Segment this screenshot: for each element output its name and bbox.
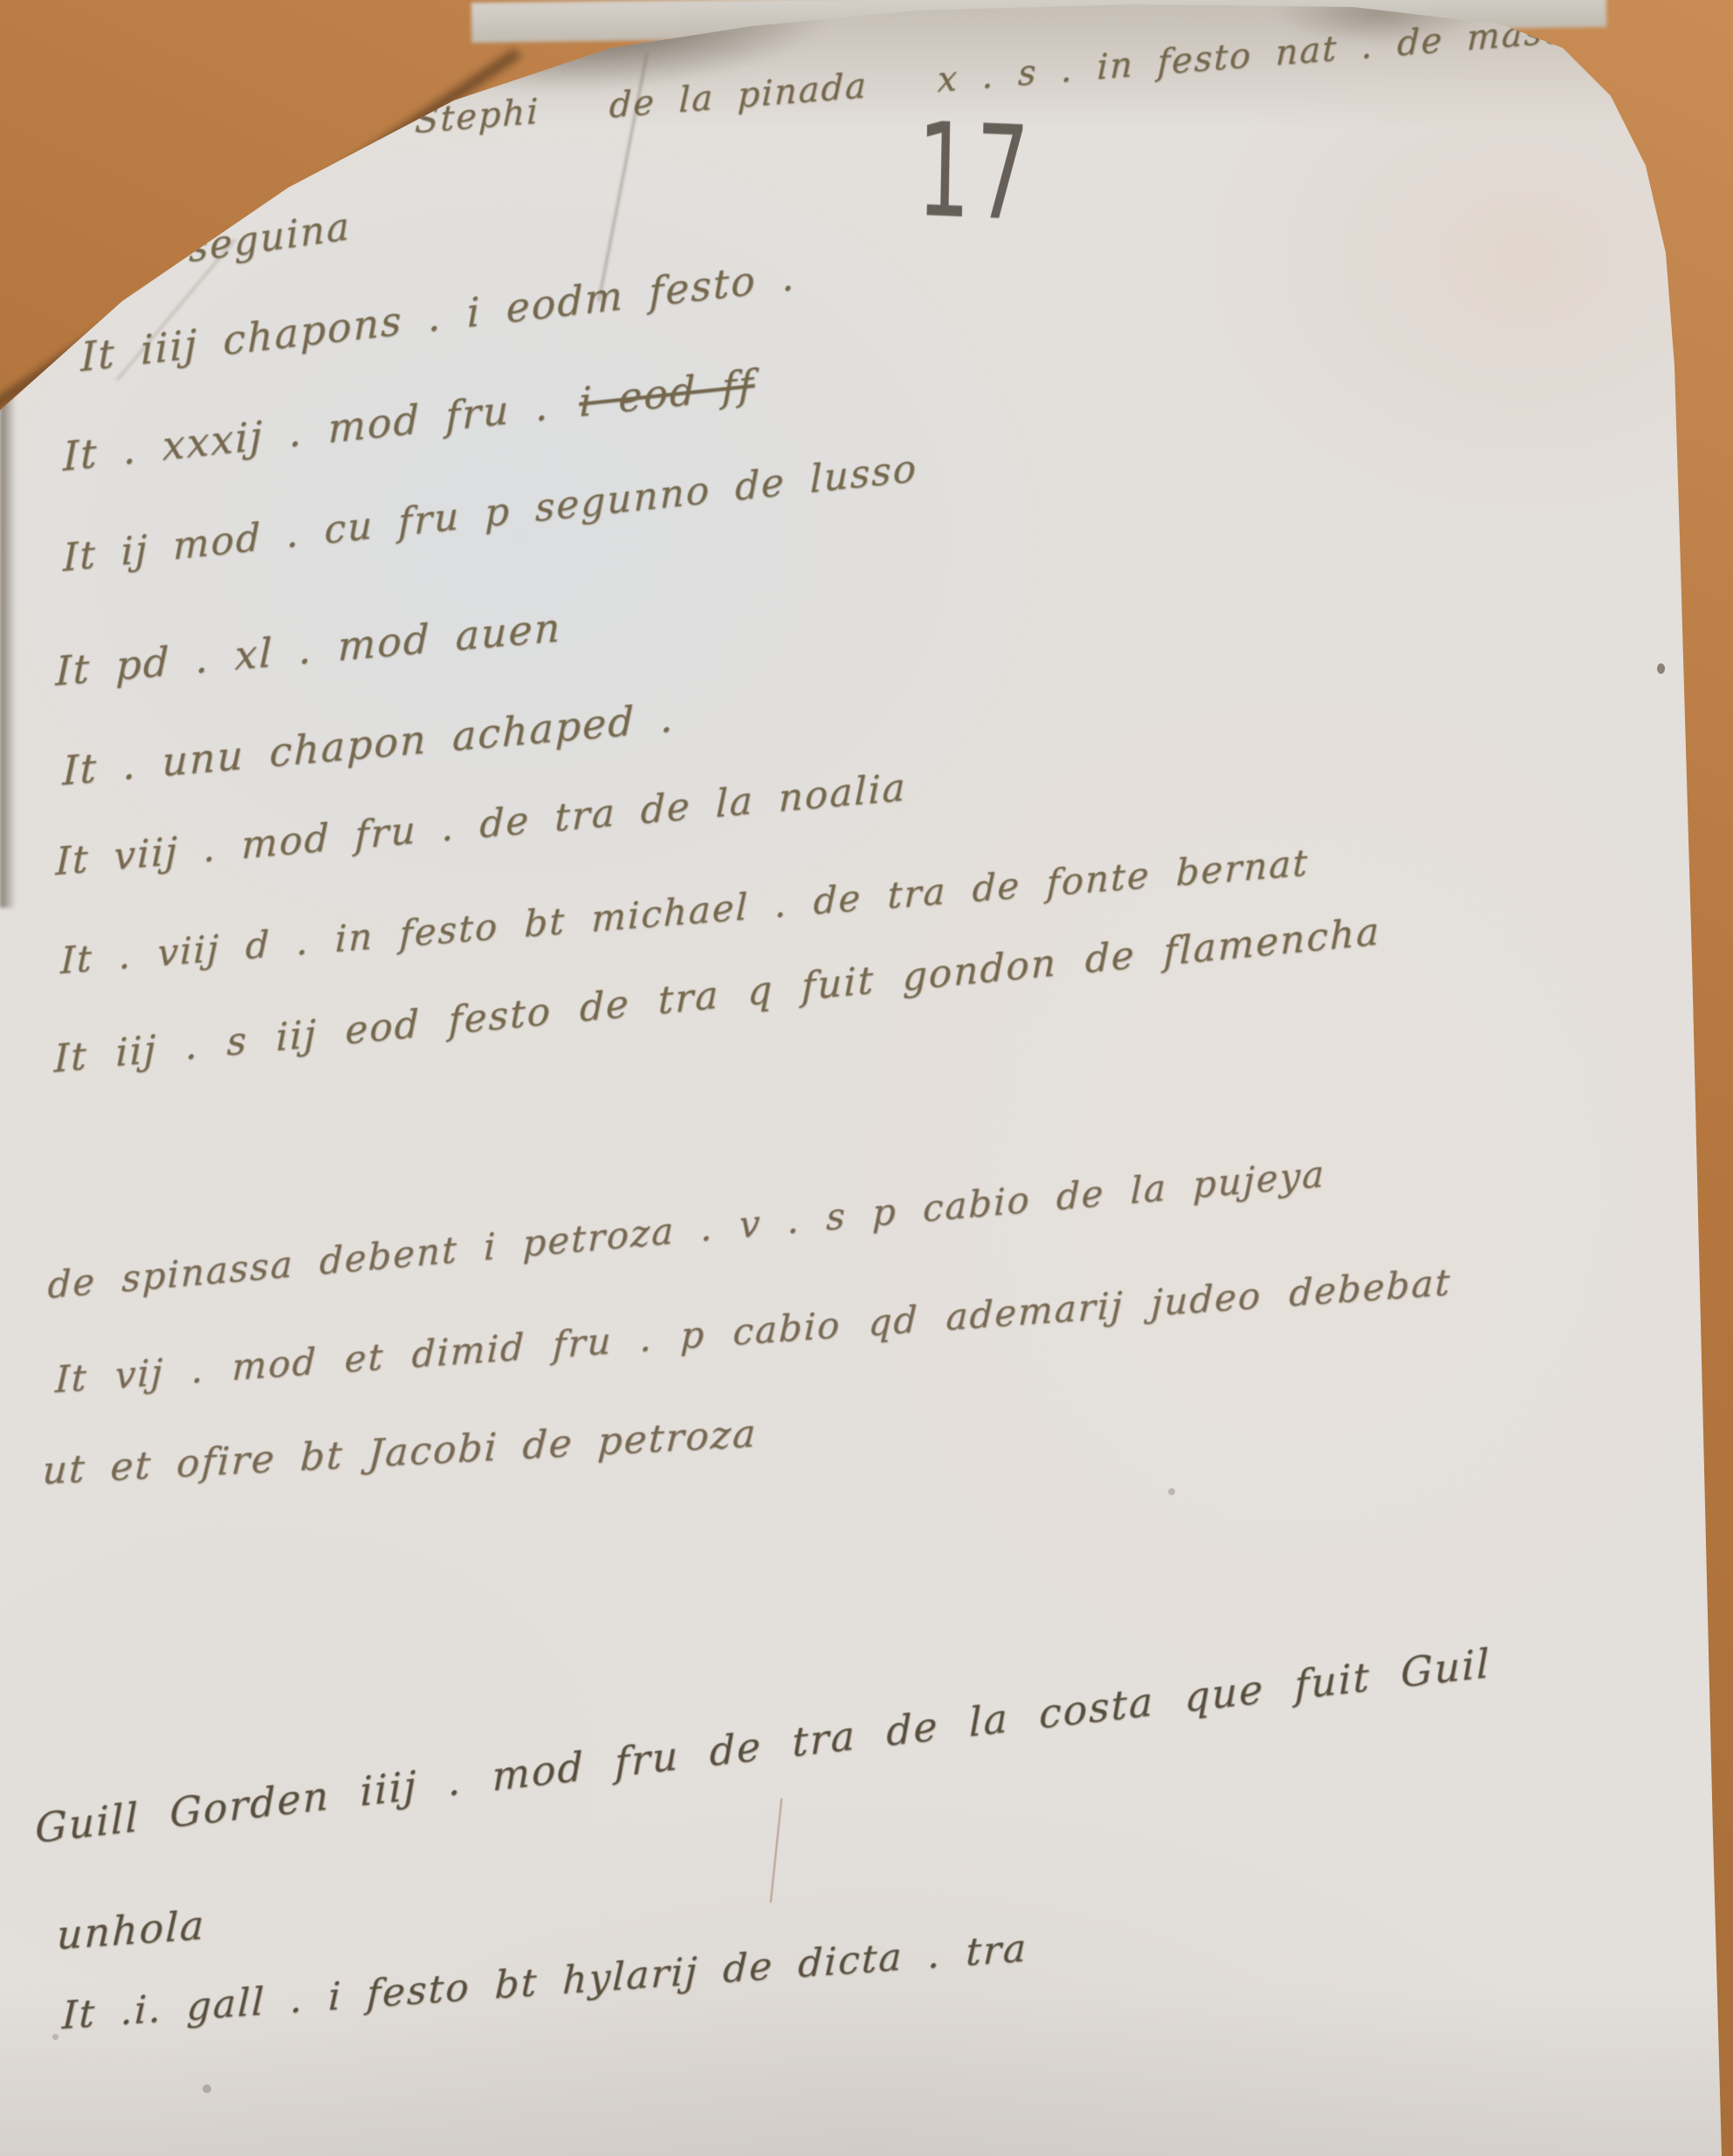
photograph-scene: 17 heredes Ruys et Stephi de la pinada x… (0, 0, 1733, 2156)
manuscript-line: It . xxxij . mod fru .i eod ff (63, 360, 754, 481)
struck-text: i eod ff (579, 360, 754, 426)
manuscript-line: It pd . xl . mod auen (55, 603, 562, 695)
folio-number: 17 (916, 94, 1035, 251)
ink-speck (1168, 1488, 1175, 1495)
manuscript-line: It . unu chapon achaped . (62, 694, 675, 795)
manuscript-line: Guill Gorden iiij . mod fru de tra de la… (35, 1639, 1491, 1852)
manuscript-line: It .i. gall . i festo bt hylarij de dict… (61, 1926, 1028, 2039)
manuscript-line: unhola (56, 1901, 206, 1959)
line-text: It . xxxij . mod fru . (63, 381, 549, 480)
ink-speck (203, 2084, 211, 2093)
ink-speck (1657, 663, 1665, 674)
manuscript-line: ut et ofire bt Jacobi de petroza (41, 1411, 758, 1493)
ink-speck (52, 2034, 58, 2040)
manuscript-page: 17 heredes Ruys et Stephi de la pinada x… (0, 0, 1733, 2156)
corner-shading (1467, 0, 1733, 454)
paper-crack (770, 1798, 783, 1903)
